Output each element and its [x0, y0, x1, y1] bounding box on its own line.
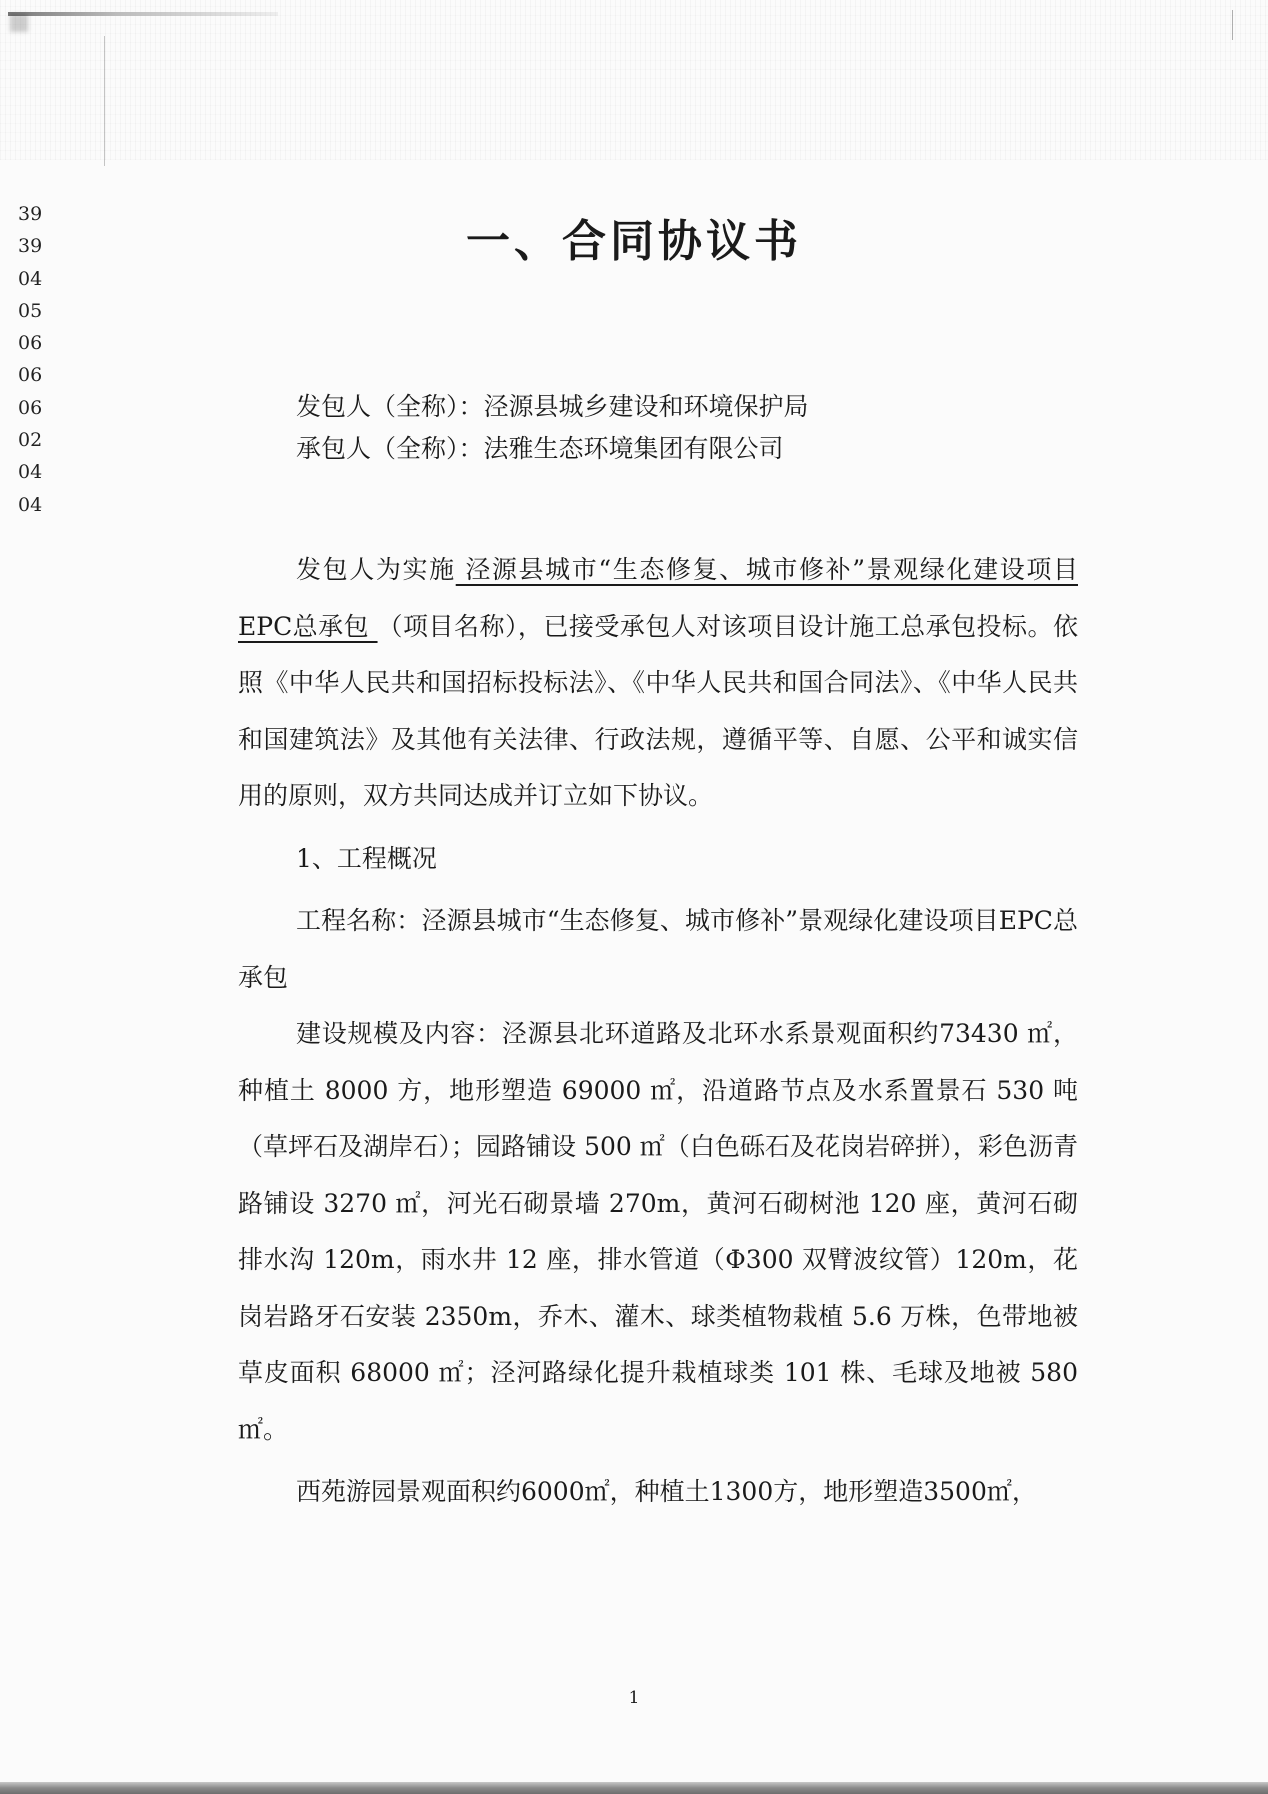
scan-fold-line — [104, 36, 105, 166]
margin-number: 05 — [18, 295, 42, 327]
margin-number: 06 — [18, 392, 42, 424]
spacer — [238, 470, 1078, 542]
contractor-line: 承包人（全称）：法雅生态环境集团有限公司 — [238, 428, 1078, 470]
margin-number: 02 — [18, 424, 42, 456]
preamble-lead: 发包人为实施 — [296, 555, 456, 584]
scan-blot — [10, 14, 28, 32]
preamble-rest: （项目名称），已接受承包人对该项目设计施工总承包投标。依照《中华人民共和国招标投… — [238, 612, 1078, 811]
document-body: 发包人（全称）：泾源县城乡建设和环境保护局 承包人（全称）：法雅生态环境集团有限… — [238, 386, 1078, 1521]
scan-noise-top — [0, 0, 1268, 160]
page-number: 1 — [0, 1688, 1268, 1708]
contractor-name: 法雅生态环境集团有限公司 — [484, 434, 784, 463]
margin-number: 06 — [18, 359, 42, 391]
xiyuan-paragraph: 西苑游园景观面积约6000㎡，种植土1300方，地形塑造3500㎡， — [238, 1464, 1078, 1521]
scope-paragraph: 建设规模及内容：泾源县北环道路及北环水系景观面积约73430 ㎡，种植土 800… — [238, 1006, 1078, 1458]
contractor-label: 承包人（全称）： — [296, 434, 484, 463]
employer-name: 泾源县城乡建设和环境保护局 — [484, 392, 809, 421]
project-name-paragraph: 工程名称：泾源县城市“生态修复、城市修补”景观绿化建设项目EPC总承包 — [238, 893, 1078, 1006]
margin-number: 04 — [18, 489, 42, 521]
document-title: 一、合同协议书 — [0, 205, 1268, 269]
employer-label: 发包人（全称）： — [296, 392, 484, 421]
margin-number: 06 — [18, 327, 42, 359]
scan-bottom-edge — [0, 1782, 1268, 1794]
section-heading: 1、工程概况 — [238, 831, 1078, 888]
scan-fold-line-right — [1232, 10, 1233, 40]
employer-line: 发包人（全称）：泾源县城乡建设和环境保护局 — [238, 386, 1078, 428]
preamble-paragraph: 发包人为实施 泾源县城市“生态修复、城市修补”景观绿化建设项目EPC总承包 （项… — [238, 542, 1078, 825]
scan-edge-mark — [8, 12, 278, 16]
margin-number: 04 — [18, 456, 42, 488]
